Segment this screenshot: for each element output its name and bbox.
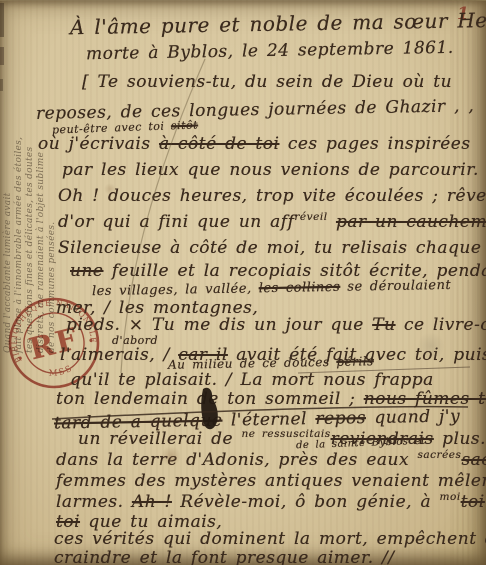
manuscript-line: larmes. Ah ! Révèle-moi, ô bon génie, à … [56,493,485,512]
text-segment: par un cauchemar [336,212,486,232]
manuscript-line: les villages, la vallée, les collines se… [92,279,451,300]
manuscript-line: ces vérités qui dominent la mort, empêch… [54,530,486,549]
text-segment: périls [336,354,374,369]
manuscript-line: morte à Byblos, le 24 septembre 1861. [86,39,454,64]
text-segment: reposes, de ces longues journées de Ghaz… [36,96,475,124]
text-segment: femmes des mystères antiques venaient mê… [56,471,486,491]
text-segment: pieds. × Tu me dis un jour que [66,315,372,335]
manuscript-line: femmes des mystères antiques venaient mê… [56,472,486,491]
text-segment: par les lieux que nous venions de parcou… [62,160,479,180]
text-segment: morte à Byblos, le 24 septembre 1861. [86,38,454,64]
text-segment: qu'il te plaisait. / La mort nous frappa [70,370,434,390]
text-segment: nous fûmes tous les deux [364,389,486,409]
text-segment: d'or qui a fini que un aff [58,212,294,232]
manuscript-page: 1 Quand l'accablante lumière avaitfait p… [0,0,486,565]
text-segment: sacrées [417,449,461,461]
text-segment: sitôt [171,118,199,132]
text-segment: ton lendemain de ton sommeil ; [56,389,364,409]
text-segment: réveil [294,211,327,223]
manuscript-line: pieds. × Tu me dis un jour que Tu ce liv… [66,316,486,335]
text-segment: Tu [372,315,395,335]
text-segment: l'aimerais, / [60,345,178,365]
manuscript-line: Silencieuse à côté de moi, tu relisais c… [58,239,481,258]
text-segment: les villages, la vallée, [92,281,259,299]
text-segment: un réveillerai de [78,429,241,449]
text-segment: quand j'y [366,406,460,428]
text-segment: dans la terre d'Adonis, près des eaux [56,450,417,470]
manuscript-line: d'or qui a fini que un affréveil par un … [58,213,486,232]
text-segment: ce livre-ci [396,315,486,335]
manuscript-line: qu'il te plaisait. / La mort nous frappa [70,371,434,390]
text-segment: plus. Tu dors maintenant [434,429,486,449]
manuscript-line: craindre et la font presque aimer. // [54,549,395,565]
text-segment: à côté de toi [159,134,279,154]
text-segment: Oh ! douces heures, trop vite écoulées ;… [58,186,486,206]
text-segment: ces vérités qui dominent la mort, empêch… [54,529,486,549]
text-segment: sacrées [461,450,486,470]
manuscript-line: reposes, de ces longues journées de Ghaz… [36,97,475,123]
manuscript-line: [ Te souviens-tu, du sein de Dieu où tu [82,73,452,92]
text-segment: Révèle-moi, ô bon génie, à [172,492,440,512]
manuscript-line: À l'âme pure et noble de ma sœur Henriet… [70,8,486,39]
text-segment: moi [440,491,461,503]
text-segment: les collines [259,280,341,296]
manuscript-line: ton lendemain de ton sommeil ; nous fûme… [56,390,486,409]
text-segment: ces pages inspirées [279,134,470,154]
text-segment: Ah ! [132,492,172,512]
text-segment: craindre et la font presque aimer. // [54,548,395,565]
manuscript-line: où j'écrivais à côté de toi ces pages in… [38,135,471,154]
margin-note-line: Quand l'accablante lumière avait [3,3,14,353]
text-segment: larmes. [56,492,132,512]
text-segment: une [70,261,103,281]
text-segment: se déroulaient [340,278,451,295]
text-segment: [ Te souviens-tu, du sein de Dieu où tu [82,72,452,92]
text-segment: toi [461,492,485,512]
manuscript-line: Oh ! douces heures, trop vite écoulées ;… [58,187,486,206]
text-segment [328,212,336,232]
manuscript-line: par les lieux que nous venions de parcou… [62,161,479,180]
text-segment: À l'âme pure et noble de ma sœur Henriet… [70,7,486,40]
manuscript-line: dans la terre d'Adonis, près des eaux sa… [56,451,486,470]
text-segment: où j'écrivais [38,134,159,154]
text-segment: repos [315,408,366,429]
text-segment: Silencieuse à côté de moi, tu relisais c… [58,238,481,258]
